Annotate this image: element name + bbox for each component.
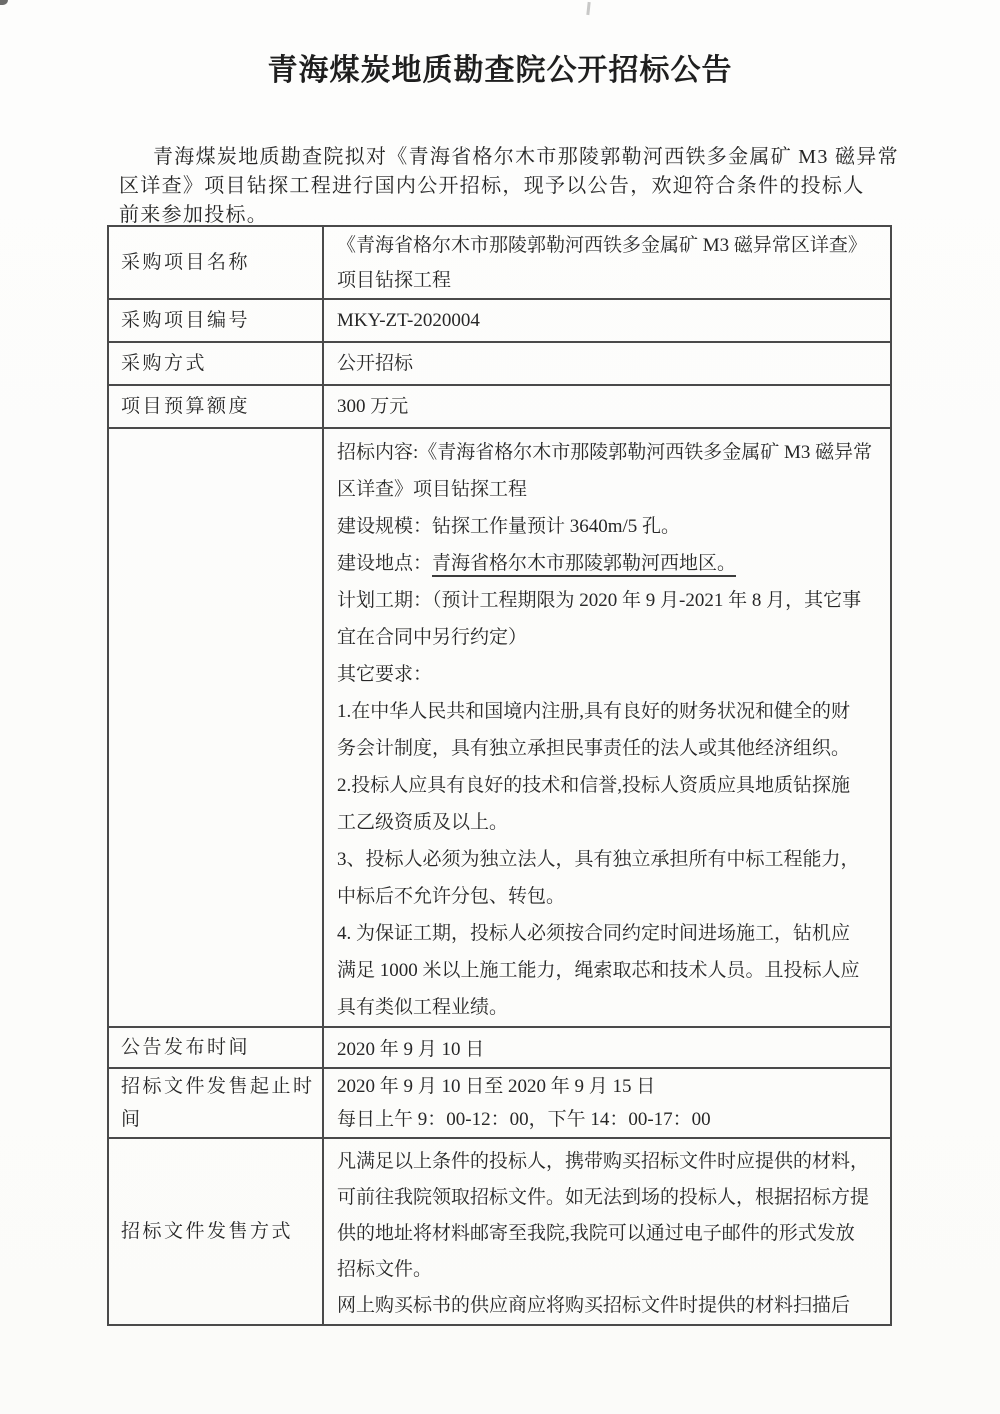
value-line: 公开招标 [337, 352, 884, 376]
value-line: 项目钻探工程 [337, 263, 884, 298]
row-sale-method: 招标文件发售方式 凡满足以上条件的投标人，携带购买招标文件时应提供的材料， 可前… [108, 1138, 891, 1325]
detail-line: 其它要求： [337, 656, 884, 693]
detail-line: 区详查》项目钻探工程 [337, 471, 884, 508]
row-project-name: 采购项目名称 《青海省格尔木市那陵郭勒河西铁多金属矿 M3 磁异常区详查》 项目… [108, 226, 891, 299]
value-line: 凡满足以上条件的投标人，携带购买招标文件时应提供的材料， [337, 1144, 884, 1180]
value-cell: 《青海省格尔木市那陵郭勒河西铁多金属矿 M3 磁异常区详查》 项目钻探工程 [323, 226, 891, 299]
row-sale-period: 招标文件发售起止时间 2020 年 9 月 10 日至 2020 年 9 月 1… [108, 1068, 891, 1138]
row-project-number: 采购项目编号 MKY-ZT-2020004 [108, 299, 891, 342]
row-announce-date: 公告发布时间 2020 年 9 月 10 日 [108, 1027, 891, 1068]
value-line: 2020 年 9 月 10 日 [337, 1034, 884, 1061]
bid-info-table: 采购项目名称 《青海省格尔木市那陵郭勒河西铁多金属矿 M3 磁异常区详查》 项目… [107, 225, 892, 1326]
value-line: 每日上午 9：00-12：00，下午 14：00-17：00 [337, 1103, 884, 1136]
detail-line: 招标内容:《青海省格尔木市那陵郭勒河西铁多金属矿 M3 磁异常 [337, 434, 884, 471]
value-cell: 凡满足以上条件的投标人，携带购买招标文件时应提供的材料， 可前往我院领取招标文件… [323, 1138, 891, 1325]
value-line: 2020 年 9 月 10 日至 2020 年 9 月 15 日 [337, 1070, 884, 1103]
detail-line: 3、投标人必须为独立法人，具有独立承担所有中标工程能力， [337, 841, 884, 878]
detail-line: 宜在合同中另行约定） [337, 619, 884, 656]
detail-line: 2.投标人应具有良好的技术和信誉,投标人资质应具地质钻探施 [337, 767, 884, 804]
intro-line: 青海煤炭地质勘查院拟对《青海省格尔木市那陵郭勒河西铁多金属矿 M3 磁异常 [119, 143, 879, 172]
label-cell: 采购项目编号 [108, 299, 323, 342]
row-bid-details: 招标内容:《青海省格尔木市那陵郭勒河西铁多金属矿 M3 磁异常 区详查》项目钻探… [108, 428, 891, 1027]
scan-artifact-corner [0, 0, 8, 5]
location-value-underlined: 青海省格尔木市那陵郭勒河西地区。 [432, 553, 736, 577]
value-line: MKY-ZT-2020004 [337, 309, 884, 333]
detail-line: 工乙级资质及以上。 [337, 804, 884, 841]
value-cell: 2020 年 9 月 10 日 [323, 1027, 891, 1068]
value-line: 300 万元 [337, 395, 884, 419]
detail-line: 具有类似工程业绩。 [337, 989, 884, 1026]
detail-line: 1.在中华人民共和国境内注册,具有良好的财务状况和健全的财 [337, 693, 884, 730]
row-procurement-method: 采购方式 公开招标 [108, 342, 891, 385]
value-cell: 公开招标 [323, 342, 891, 385]
intro-line: 区详查》项目钻探工程进行国内公开招标，现予以公告，欢迎符合条件的投标人 [119, 172, 879, 201]
label-cell: 招标文件发售起止时间 [108, 1068, 323, 1138]
value-line: 网上购买标书的供应商应将购买招标文件时提供的材料扫描后 [337, 1288, 884, 1324]
detail-line: 4. 为保证工期，投标人必须按合同约定时间进场施工，钻机应 [337, 915, 884, 952]
scan-artifact-top [586, 2, 590, 15]
value-cell: MKY-ZT-2020004 [323, 299, 891, 342]
label-cell: 采购项目名称 [108, 226, 323, 299]
location-label: 建设地点： [337, 553, 432, 574]
value-line: 招标文件。 [337, 1252, 884, 1288]
value-cell: 2020 年 9 月 10 日至 2020 年 9 月 15 日 每日上午 9：… [323, 1068, 891, 1138]
label-cell: 招标文件发售方式 [108, 1138, 323, 1325]
detail-line: 计划工期：（预计工程期限为 2020 年 9 月-2021 年 8 月，其它事 [337, 582, 884, 619]
value-line: 可前往我院领取招标文件。如无法到场的投标人，根据招标方提 [337, 1180, 884, 1216]
intro-paragraph: 青海煤炭地质勘查院拟对《青海省格尔木市那陵郭勒河西铁多金属矿 M3 磁异常 区详… [119, 143, 879, 230]
page-title: 青海煤炭地质勘查院公开招标公告 [0, 50, 1000, 92]
value-line: 《青海省格尔木市那陵郭勒河西铁多金属矿 M3 磁异常区详查》 [337, 228, 884, 263]
empty-label-cell [108, 428, 323, 1027]
label-cell: 公告发布时间 [108, 1027, 323, 1068]
value-cell: 招标内容:《青海省格尔木市那陵郭勒河西铁多金属矿 M3 磁异常 区详查》项目钻探… [323, 428, 891, 1027]
label-cell: 采购方式 [108, 342, 323, 385]
value-line: 供的地址将材料邮寄至我院,我院可以通过电子邮件的形式发放 [337, 1216, 884, 1252]
value-cell: 300 万元 [323, 385, 891, 428]
detail-line: 满足 1000 米以上施工能力，绳索取芯和技术人员。且投标人应 [337, 952, 884, 989]
detail-line: 建设规模：钻探工作量预计 3640m/5 孔。 [337, 508, 884, 545]
detail-line: 中标后不允许分包、转包。 [337, 878, 884, 915]
label-cell: 项目预算额度 [108, 385, 323, 428]
row-budget: 项目预算额度 300 万元 [108, 385, 891, 428]
detail-line: 务会计制度，具有独立承担民事责任的法人或其他经济组织。 [337, 730, 884, 767]
detail-line-location: 建设地点：青海省格尔木市那陵郭勒河西地区。 [337, 545, 884, 582]
scanned-document-page: 青海煤炭地质勘查院公开招标公告 青海煤炭地质勘查院拟对《青海省格尔木市那陵郭勒河… [0, 0, 1000, 1414]
